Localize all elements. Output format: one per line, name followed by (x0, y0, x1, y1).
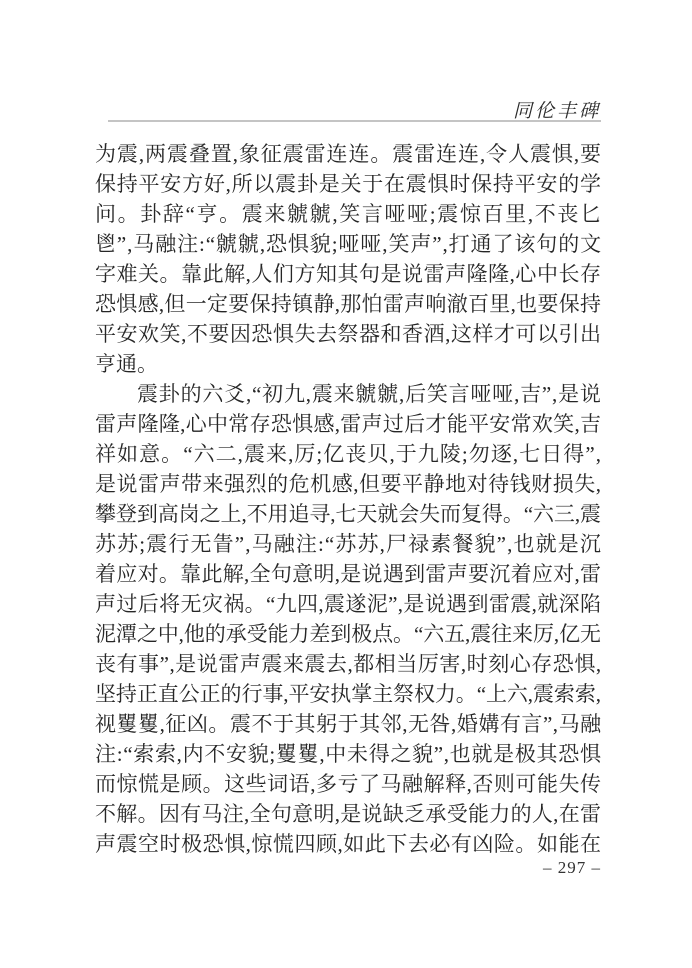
text-line: 泥潭之中,他的承受能力差到极点。“六五,震往来厉,亿无 (95, 619, 601, 649)
text-line: 问。卦辞“亨。震来虩虩,笑言哑哑;震惊百里,不丧匕 (95, 199, 601, 229)
text-line: 而惊慌是顾。这些词语,多亏了马融解释,否则可能失传 (95, 769, 601, 799)
book-page: 同伦丰碑 为震,两震叠置,象征震雷连连。震雷连连,令人震惧,要保持平安方好,所以… (0, 0, 692, 968)
text-line: 坚持正直公正的行事,平安执掌主祭权力。“上六,震索索, (95, 679, 601, 709)
page-number: – 297 – (95, 858, 601, 878)
text-line: 字难关。靠此解,人们方知其句是说雷声隆隆,心中长存 (95, 259, 601, 289)
text-line: 亨通。 (95, 349, 601, 379)
text-line: 声过后将无灾祸。“九四,震遂泥”,是说遇到雷震,就深陷 (95, 589, 601, 619)
text-line: 是说雷声带来强烈的危机感,但要平静地对待钱财损失, (95, 469, 601, 499)
text-line: 恐惧感,但一定要保持镇静,那怕雷声响澈百里,也要保持 (95, 289, 601, 319)
text-line: 声震空时极恐惧,惊慌四顾,如此下去必有凶险。如能在 (95, 829, 601, 859)
text-line: 视矍矍,征凶。震不于其躬于其邻,无咎,婚媾有言”,马融 (95, 709, 601, 739)
text-line: 注:“索索,内不安貌;矍矍,中未得之貌”,也就是极其恐惧 (95, 739, 601, 769)
text-line: 鬯”,马融注:“虩虩,恐惧貌;哑哑,笑声”,打通了该句的文 (95, 229, 601, 259)
text-line: 苏苏;震行无眚”,马融注:“苏苏,尸禄素餐貌”,也就是沉 (95, 529, 601, 559)
text-line: 震卦的六爻,“初九,震来虩虩,后笑言哑哑,吉”,是说 (95, 379, 601, 409)
text-line: 平安欢笑,不要因恐惧失去祭器和香酒,这样才可以引出 (95, 319, 601, 349)
text-line: 祥如意。“六二,震来,厉;亿丧贝,于九陵;勿逐,七日得”, (95, 439, 601, 469)
text-line: 着应对。靠此解,全句意明,是说遇到雷声要沉着应对,雷 (95, 559, 601, 589)
text-line: 为震,两震叠置,象征震雷连连。震雷连连,令人震惧,要 (95, 139, 601, 169)
page-header: 同伦丰碑 (95, 96, 601, 123)
text-line: 雷声隆隆,心中常存恐惧感,雷声过后才能平安常欢笑,吉 (95, 409, 601, 439)
body-text: 为震,两震叠置,象征震雷连连。震雷连连,令人震惧,要保持平安方好,所以震卦是关于… (95, 139, 601, 859)
running-head: 同伦丰碑 (513, 101, 601, 122)
header-rule (108, 120, 601, 122)
text-line: 不解。因有马注,全句意明,是说缺乏承受能力的人,在雷 (95, 799, 601, 829)
text-line: 攀登到高岗之上,不用追寻,七天就会失而复得。“六三,震 (95, 499, 601, 529)
text-line: 保持平安方好,所以震卦是关于在震惧时保持平安的学 (95, 169, 601, 199)
text-line: 丧有事”,是说雷声震来震去,都相当厉害,时刻心存恐惧, (95, 649, 601, 679)
